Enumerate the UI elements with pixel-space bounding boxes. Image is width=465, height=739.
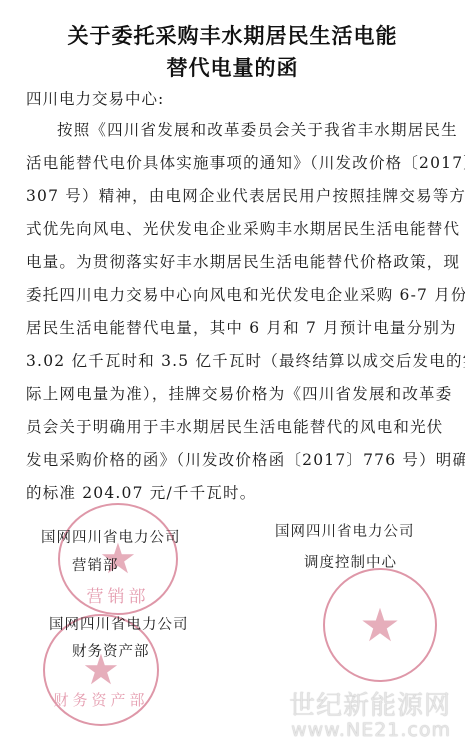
- stamp-text: 营销部: [60, 582, 176, 607]
- signature-dept-marketing: 营销部: [72, 554, 119, 575]
- body-line: 式优先向风电、光伏发电企业采购丰水期居民生活电能替代: [26, 219, 436, 239]
- watermark-name: 世纪新能源网: [289, 692, 451, 720]
- signature-dept-finance: 财务资产部: [72, 640, 150, 661]
- body-line: 的标准 204.07 元/千千瓦时。: [26, 483, 436, 503]
- signature-org-finance: 国网四川省电力公司: [49, 613, 189, 634]
- body-line: 员会关于明确用于丰水期居民生活电能替代的风电和光伏: [26, 417, 436, 437]
- title-line-2: 替代电量的函: [0, 52, 465, 82]
- body-line: 电量。为贯彻落实好丰水期居民生活电能替代价格政策，现: [26, 252, 436, 272]
- title-line-1: 关于委托采购丰水期居民生活电能: [0, 20, 465, 50]
- stamp-dispatch: ★: [323, 568, 437, 682]
- body-line: 按照《四川省发展和改革委员会关于我省丰水期居民生: [57, 120, 465, 140]
- signature-dept-dispatch: 调度控制中心: [304, 551, 397, 572]
- body-line: 307 号）精神，由电网企业代表居民用户按照挂牌交易等方: [26, 186, 436, 206]
- body-line: 发电采购价格的函》（川发改价格函〔2017〕776 号）明确: [26, 450, 436, 470]
- signature-org-marketing: 国网四川省电力公司: [41, 526, 181, 547]
- body-line: 3.02 亿千瓦时和 3.5 亿千瓦时（最终结算以成交后发电的实: [26, 351, 436, 371]
- star-icon: ★: [359, 602, 400, 648]
- signature-org-dispatch: 国网四川省电力公司: [275, 520, 415, 541]
- body-line: 委托四川电力交易中心向风电和光伏发电企业采购 6-7 月份: [26, 285, 436, 305]
- body-line: 活电能替代电价具体实施事项的通知》（川发改价格〔2017〕: [26, 153, 436, 173]
- addressee: 四川电力交易中心:: [26, 87, 164, 109]
- watermark: 世纪新能源网 www.NE21.com: [289, 692, 451, 739]
- watermark-url: www.NE21.com: [289, 720, 451, 739]
- stamp-text: 财务资产部: [45, 689, 157, 710]
- body-line: 际上网电量为准），挂牌交易价格为《四川省发展和改革委: [26, 384, 436, 404]
- body-line: 居民生活电能替代电量，其中 6 月和 7 月预计电量分别为: [26, 318, 436, 338]
